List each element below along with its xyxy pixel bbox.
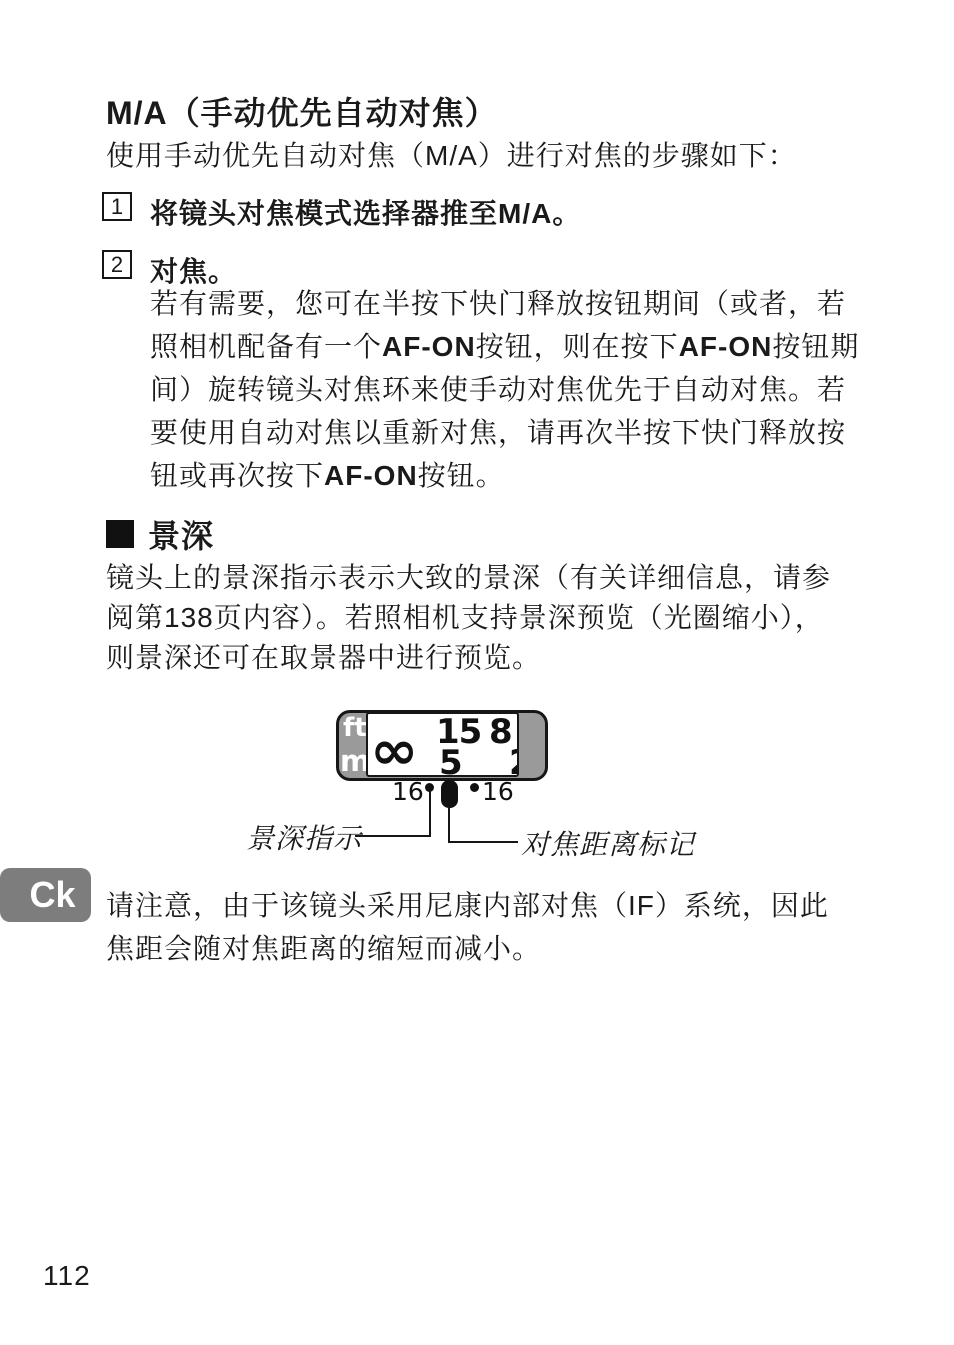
step-1-number-box: 1 [102, 192, 132, 221]
scale-m-near: 5 [439, 748, 462, 777]
manual-page: M/A（手动优先自动对焦） 使用手动优先自动对焦（M/A）进行对焦的步骤如下： … [0, 0, 954, 1345]
scale-m-far: 2 [509, 748, 519, 777]
unit-ft-label: ft [343, 715, 367, 741]
intro-paragraph: 使用手动优先自动对焦（M/A）进行对焦的步骤如下： [106, 142, 797, 170]
dof-mark-right-16: 16 [482, 779, 514, 804]
dof-heading-label: 景深 [148, 511, 214, 557]
dof-section-heading: 景深 [106, 511, 214, 557]
distance-scale-window: ∞ 15 8 5 2 [366, 712, 519, 777]
body-line: 要使用自动对焦以重新对焦，请再次半按下快门释放按 [150, 411, 860, 454]
step-2-number-box: 2 [102, 250, 132, 279]
section-bullet-icon [106, 520, 134, 548]
step-2-number: 2 [111, 252, 123, 278]
step-1-title: 将镜头对焦模式选择器推至M/A。 [150, 192, 581, 232]
body-line: 请注意，由于该镜头采用尼康内部对焦（IF）系统，因此 [106, 884, 866, 927]
body-line: 间）旋转镜头对焦环来使手动对焦优先于自动对焦。若 [150, 368, 860, 411]
body-line: 照相机配备有一个AF-ON按钮，则在按下AF-ON按钮期 [150, 325, 860, 368]
note-paragraph: 请注意，由于该镜头采用尼康内部对焦（IF）系统，因此 焦距会随对焦距离的缩短而减… [106, 884, 866, 970]
step-1-number: 1 [111, 194, 123, 220]
body-line: 阅第138页内容）。若照相机支持景深预览（光圈缩小）， [106, 598, 886, 638]
body-line: 则景深还可在取景器中进行预览。 [106, 638, 886, 678]
dof-dot-right-icon [470, 783, 479, 792]
focus-distance-label: 对焦距离标记 [521, 830, 695, 861]
focus-distance-mark-icon [441, 780, 458, 808]
ck-note-badge: Ck [0, 868, 91, 922]
body-line: 镜头上的景深指示表示大致的景深（有关详细信息，请参 [106, 558, 886, 598]
infinity-icon: ∞ [370, 730, 418, 770]
page-title: M/A（手动优先自动对焦） [106, 88, 498, 134]
body-line: 焦距会随对焦距离的缩短而减小。 [106, 927, 866, 970]
step-2-body: 若有需要，您可在半按下快门释放按钮期间（或者，若 照相机配备有一个AF-ON按钮… [150, 282, 860, 497]
connector-right-line [448, 808, 518, 843]
dof-indicator-label: 景深指示 [246, 824, 362, 855]
page-number: 112 [43, 1260, 91, 1292]
body-line: 钮或再次按下AF-ON按钮。 [150, 454, 860, 497]
dof-paragraph: 镜头上的景深指示表示大致的景深（有关详细信息，请参 阅第138页内容）。若照相机… [106, 558, 886, 678]
connector-left-line [355, 791, 431, 837]
body-line: 若有需要，您可在半按下快门释放按钮期间（或者，若 [150, 282, 860, 325]
